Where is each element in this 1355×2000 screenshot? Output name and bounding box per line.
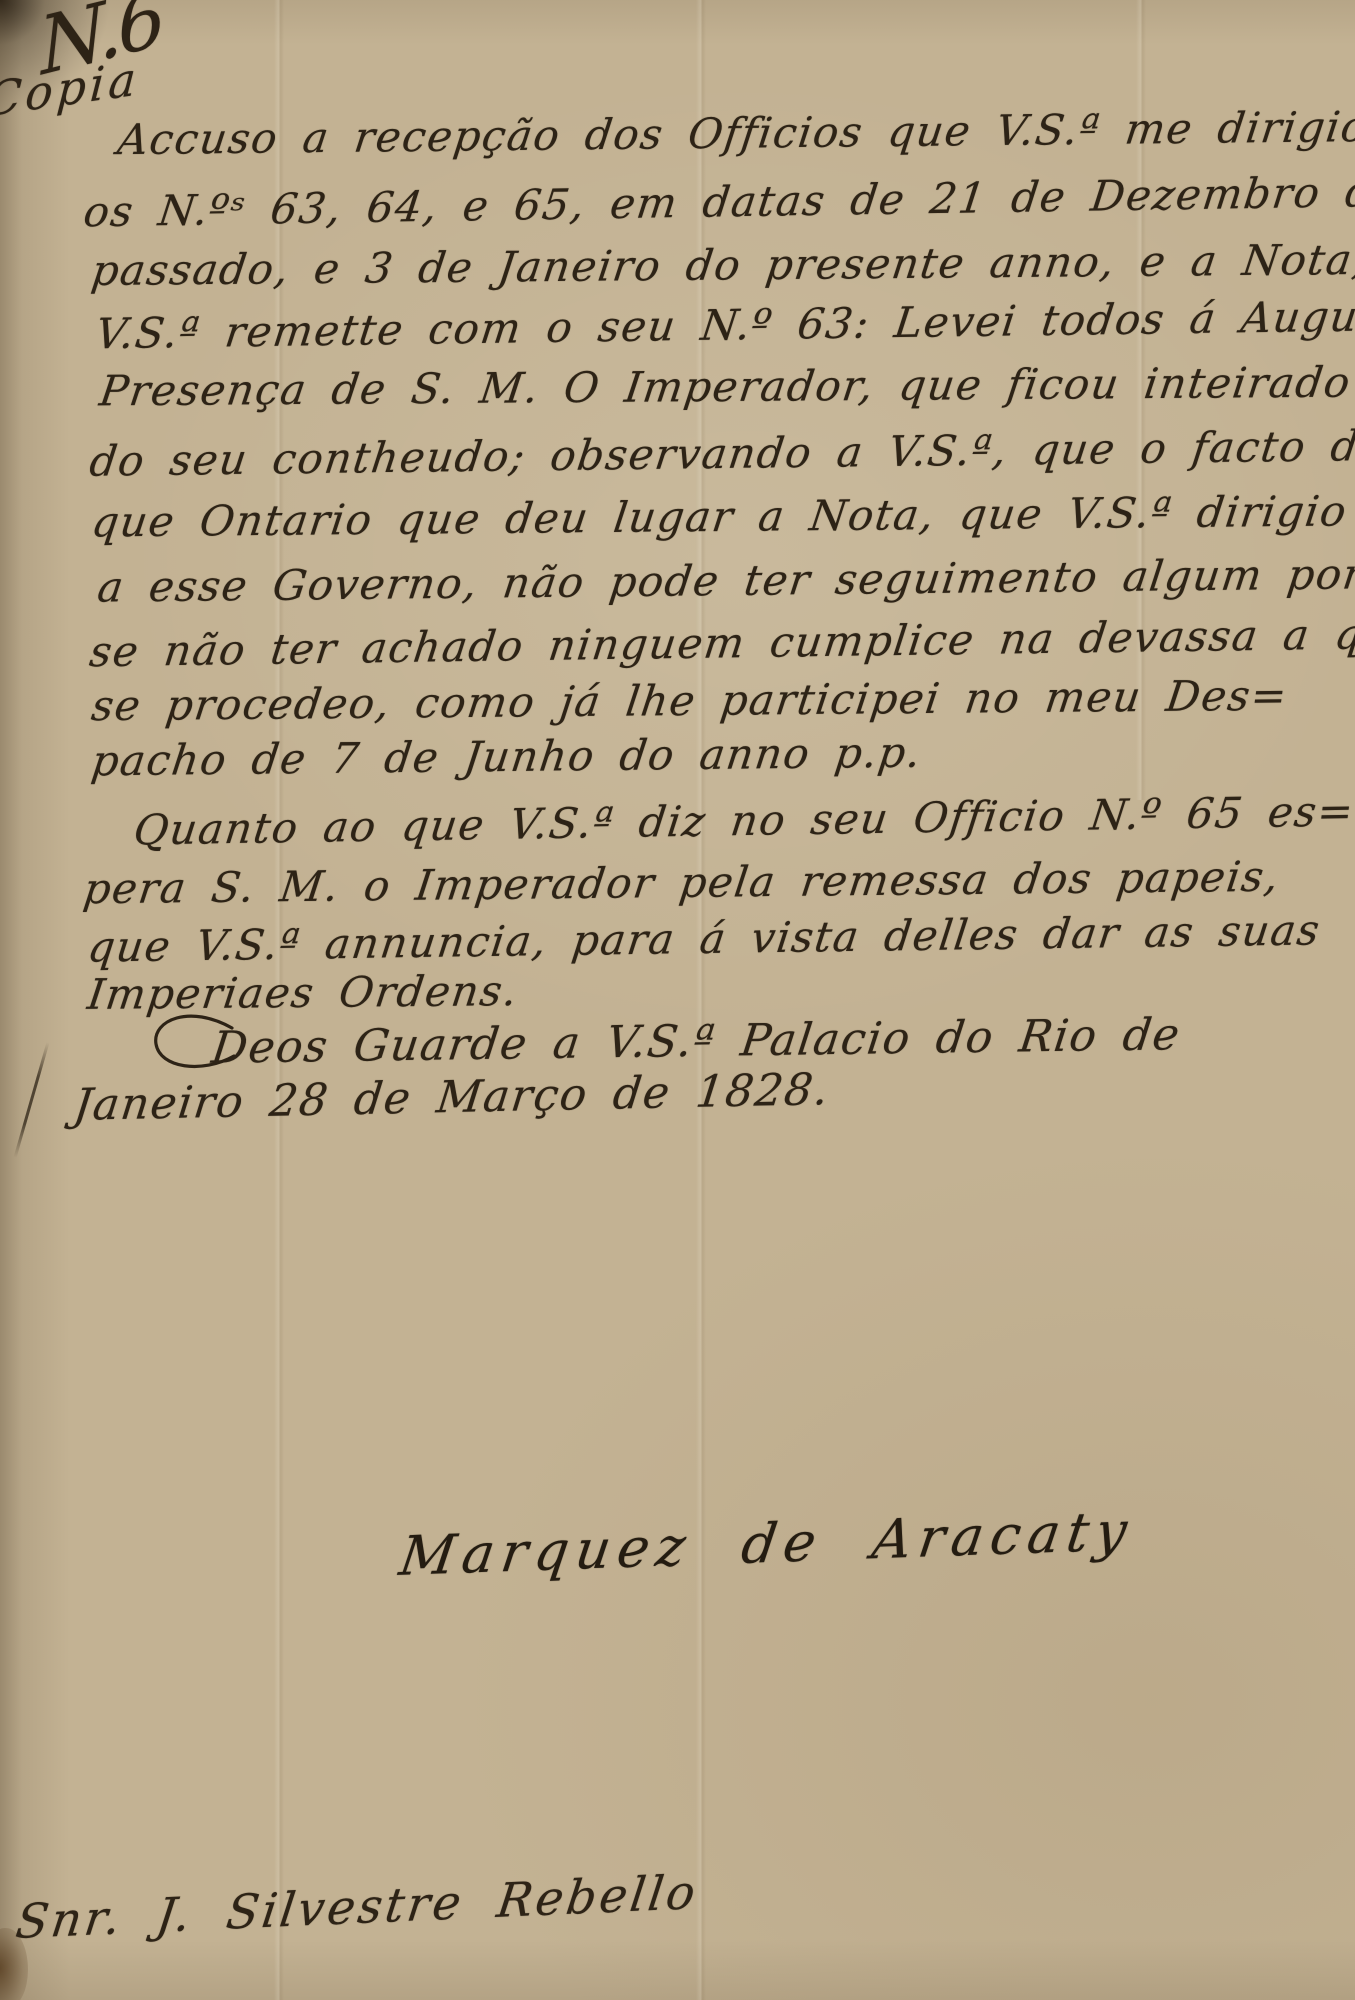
manuscript-line: que V.S.ª annuncia, para á vista delles … — [85, 905, 1324, 971]
manuscript-line: se não ter achado ninguem cumplice na de… — [87, 609, 1355, 677]
manuscript-page: N.6 Copia Accuso a recepção dos Officios… — [0, 0, 1355, 2000]
addressee-line: Snr. J. Silvestre Rebello — [13, 1865, 702, 1950]
manuscript-line: Quanto ao que V.S.ª diz no seu Officio N… — [131, 786, 1355, 854]
signature: Marquez de Aracaty — [396, 1499, 1138, 1588]
manuscript-line: a esse Governo, não pode ter seguimento … — [95, 549, 1355, 611]
pen-stroke — [14, 1042, 50, 1158]
manuscript-line: pacho de 7 de Junho do anno p.p. — [89, 728, 925, 786]
manuscript-line: Accuso a recepção dos Officios que V.S.ª… — [115, 101, 1355, 164]
closing-line: Deos Guarde a V.S.ª Palacio do Rio de — [209, 1009, 1184, 1074]
manuscript-line: os N.ºˢ 63, 64, e 65, em datas de 21 de … — [81, 165, 1355, 237]
manuscript-line: pera S. M. o Imperador pela remessa dos … — [81, 852, 1283, 914]
manuscript-line: do seu contheudo; observando a V.S.ª, qu… — [87, 419, 1355, 486]
manuscript-line: se procedeo, como já lhe participei no m… — [89, 671, 1291, 730]
manuscript-line: passado, e 3 de Janeiro do presente anno… — [89, 234, 1355, 295]
manuscript-line: V.S.ª remette com o seu N.º 63: Levei to… — [93, 291, 1355, 359]
manuscript-line: que Ontario que deu lugar a Nota, que V.… — [89, 486, 1351, 546]
manuscript-line: Presença de S. M. O Imperador, que ficou… — [97, 358, 1355, 416]
